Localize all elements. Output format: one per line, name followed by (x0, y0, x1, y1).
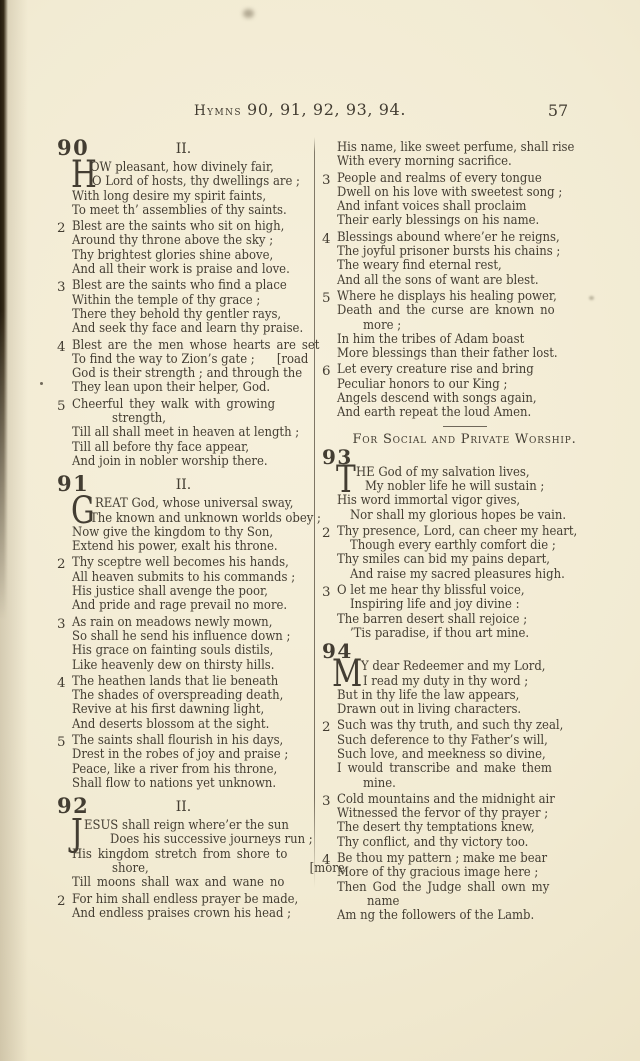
verse-number: 4 (322, 232, 331, 247)
verse-text: OW pleasant, how divinely fair, (90, 160, 274, 175)
column-right: His name, like sweet perfume, shall rise… (322, 139, 607, 924)
verse-line: Blest are the men whose hearts are set (72, 339, 310, 353)
verse-text: The known and unknown worlds obey ; (90, 511, 321, 526)
verse-line: Blest are the saints who sit on high, (72, 220, 310, 234)
verse-number: 3 (322, 794, 331, 809)
verse-line: Dwell on his love with sweetest song ; (337, 186, 607, 200)
verse-text: And join in nobler worship there. (72, 454, 268, 469)
verse-text: Angels descend with songs again, (337, 391, 537, 406)
verse-text: And earth repeat the loud Amen. (337, 405, 531, 420)
verse-text: More of thy gracious image here ; (337, 865, 538, 880)
verse-text: With long desire my spirit faints, (72, 189, 266, 204)
verse-line: Till all before thy face appear, (72, 441, 310, 455)
verse-line: name (337, 895, 637, 909)
verse-line: Then God the Judge shall own my (337, 881, 607, 895)
verse-text: Though every earthly comfort die ; (350, 538, 556, 553)
verse-text: Now give the kingdom to thy Son, (72, 525, 273, 540)
verse: 6Let every creature rise and bringPeculi… (322, 363, 607, 420)
hymn-heading: 92II. (57, 795, 310, 817)
verse-text: Thy smiles can bid my pains depart, (337, 552, 550, 567)
ink-speck (40, 382, 43, 385)
verse-line: The known and unknown worlds obey ; (72, 512, 328, 526)
verse-line: Cheerful they walk with growing (72, 398, 310, 412)
verse-text: More blessings than their father lost. (337, 346, 558, 361)
verse-line: Drest in the robes of joy and praise ; (72, 748, 310, 762)
verse-text: People and realms of every tongue (337, 171, 542, 186)
verse: 5Where he displays his healing power,Dea… (322, 290, 607, 361)
verse-line: And pride and rage prevail no more. (72, 599, 310, 613)
verse: 4Blessings abound where’er he reigns,The… (322, 231, 607, 288)
verse-text: Till all shall meet in heaven at length … (72, 425, 299, 440)
verse-line: Blest are the saints who find a place (72, 279, 310, 293)
verse: 2Thy sceptre well becomes his hands,All … (57, 556, 310, 613)
verse-text: Thy sceptre well becomes his hands, (72, 555, 289, 570)
verse-line: The barren desert shall rejoice ; (337, 613, 607, 627)
verse-line: People and realms of every tongue (337, 172, 607, 186)
verse-line: His kingdom stretch from shore to (72, 848, 310, 862)
verse: 4Be thou my pattern ; make me bearMore o… (322, 852, 607, 923)
verse: 3Cold mountains and the midnight airWitn… (322, 793, 607, 850)
verse-line: And seek thy face and learn thy praise. (72, 322, 310, 336)
verse-line: And infant voices shall proclaim (337, 200, 607, 214)
column-left: 90II.HOW pleasant, how divinely fair,O L… (57, 133, 310, 921)
verse-text: mine. (363, 776, 396, 791)
verse-text: Blest are the saints who find a place (72, 278, 287, 293)
verse-line: Y dear Redeemer and my Lord, (337, 660, 631, 674)
verse-line: Extend his power, exalt his throne. (72, 540, 310, 554)
verse-line: Let every creature rise and bring (337, 363, 607, 377)
hymn-heading: 94 (322, 643, 607, 658)
verse-text: To meet th’ assemblies of thy saints. (72, 203, 287, 218)
verse-text: Revive at his first dawning light, (72, 702, 264, 717)
verse-line: REAT God, whose universal sway, (72, 497, 333, 511)
verse-number: 2 (322, 526, 331, 541)
verse-text: Cold mountains and the midnight air (337, 792, 555, 807)
verse-text: For him shall endless prayer be made, (72, 892, 298, 907)
verse-text: Till all before thy face appear, (72, 440, 249, 455)
verse-line: His name, like sweet perfume, shall rise (337, 141, 607, 155)
verse-line: ’Tis paradise, if thou art mine. (337, 627, 620, 641)
verse-line: Am ng the followers of the Lamb. (337, 909, 607, 923)
header-hymns-label: Hymns (194, 103, 242, 119)
verse-line: Now give the kingdom to thy Son, (72, 526, 310, 540)
verse-text: And infant voices shall proclaim (337, 199, 526, 214)
verse-text: And all their work is praise and love. (72, 262, 290, 277)
verse-line: O Lord of hosts, thy dwellings are ; (72, 175, 330, 189)
verse-text: Like heavenly dew on thirsty hills. (72, 658, 274, 673)
verse-line: Peace, like a river from his throne, (72, 763, 310, 777)
verse-text: more ; (363, 318, 401, 333)
verse-line: And all their work is praise and love. (72, 263, 310, 277)
verse-text: I would transcribe and make them (337, 761, 552, 776)
verse-number: 6 (322, 364, 331, 379)
verse-number: 4 (57, 340, 66, 355)
verse-line: There they behold thy gentler rays, (72, 308, 310, 322)
verse-line: His justice shall avenge the poor, (72, 585, 310, 599)
verse: 4The heathen lands that lie beneathThe s… (57, 675, 310, 732)
verse-text: ESUS shall reign where’er the sun (84, 818, 289, 833)
verse-number: 3 (57, 280, 66, 295)
verse-text: Shall flow to nations yet unknown. (72, 776, 276, 791)
verse-line: The joyful prisoner bursts his chains ; (337, 245, 607, 259)
verse-line: The shades of overspreading death, (72, 689, 310, 703)
verse-text: With every morning sacrifice. (337, 154, 512, 169)
verse-line: And endless praises crown his head ; (72, 907, 310, 921)
hymn-heading: 91II. (57, 473, 310, 495)
verse-line: I would transcribe and make them (337, 762, 607, 776)
verse-line: Death and the curse are known no (337, 304, 607, 318)
verse-line: Till moons shall wax and wane no (72, 876, 310, 890)
verse-line: For him shall endless prayer be made, (72, 893, 310, 907)
hymn-heading: 93 (322, 449, 607, 464)
verse-line: HE God of my salvation lives, (337, 466, 626, 480)
verse: JESUS shall reign where’er the sunDoes h… (57, 819, 310, 890)
verse-line: Peculiar honors to our King ; (337, 378, 607, 392)
verse-text: The weary find eternal rest, (337, 258, 502, 273)
verse: HOW pleasant, how divinely fair,O Lord o… (57, 161, 310, 218)
verse-text: Within the temple of thy grace ; (72, 293, 260, 308)
verse-line: God is their strength ; and through the (72, 367, 310, 381)
verse-line: And join in nobler worship there. (72, 455, 310, 469)
verse: 5The saints shall flourish in his days,D… (57, 734, 310, 791)
page-curve-shadow (0, 0, 28, 1061)
verse-text: Such was thy truth, and such thy zeal, (337, 718, 563, 733)
verse-number: 4 (322, 853, 331, 868)
verse-line: They lean upon their helper, God. (72, 381, 310, 395)
verse-text: ’Tis paradise, if thou art mine. (350, 626, 529, 641)
verse-text: Drawn out in living characters. (337, 702, 521, 717)
verse-text: strength, (112, 411, 166, 426)
catchword: [road (277, 353, 309, 367)
verse-line: To find the way to Zion’s gate ;[road (72, 353, 310, 367)
verse-text: And deserts blossom at the sight. (72, 717, 269, 732)
verse-text: His name, like sweet perfume, shall rise (337, 140, 574, 155)
verse-text: God is their strength ; and through the (72, 366, 302, 381)
verse-line: Thy smiles can bid my pains depart, (337, 553, 607, 567)
verse-text: Blessings abound where’er he reigns, (337, 230, 560, 245)
verse-line: Be thou my pattern ; make me bear (337, 852, 607, 866)
verse-line: As rain on meadows newly mown, (72, 616, 310, 630)
verse-text: Peculiar honors to our King ; (337, 377, 507, 392)
verse-text: Around thy throne above the sky ; (72, 233, 273, 248)
verse-line: All heaven submits to his commands ; (72, 571, 310, 585)
verse-line: Around thy throne above the sky ; (72, 234, 310, 248)
verse-line: Nor shall my glorious hopes be vain. (337, 509, 620, 523)
verse-number: 2 (57, 894, 66, 909)
verse-line: Though every earthly comfort die ; (337, 539, 620, 553)
verse-line: strength, (72, 412, 350, 426)
verse-line: O let me hear thy blissful voice, (337, 584, 607, 598)
verse-text: O let me hear thy blissful voice, (337, 583, 525, 598)
verse-text: Thy presence, Lord, can cheer my heart, (337, 524, 577, 539)
verse-line: Such was thy truth, and such thy zeal, (337, 719, 607, 733)
verse-line: To meet th’ assemblies of thy saints. (72, 204, 310, 218)
verse-line: And all the sons of want are blest. (337, 274, 607, 288)
verse-text: Peace, like a river from his throne, (72, 762, 277, 777)
verse-number: 4 (57, 676, 66, 691)
verse-line: The weary find eternal rest, (337, 259, 607, 273)
verse: 3As rain on meadows newly mown,So shall … (57, 616, 310, 673)
verse-text: Blest are the saints who sit on high, (72, 219, 284, 234)
verse-text: Till moons shall wax and wane no (72, 875, 284, 890)
verse-number: 2 (322, 720, 331, 735)
verse-line: Thy conflict, and thy victory too. (337, 836, 607, 850)
verse-text: The desert thy temptations knew, (337, 820, 535, 835)
hymn-meter: II. (57, 477, 310, 493)
verse: 2Such was thy truth, and such thy zeal,S… (322, 719, 607, 790)
verse-line: mine. (337, 777, 633, 791)
verse-text: There they behold thy gentler rays, (72, 307, 281, 322)
verse-line: My nobler life he will sustain ; (337, 480, 635, 494)
verse: 3Blest are the saints who find a placeWi… (57, 279, 310, 336)
verse-line: Such love, and meekness so divine, (337, 748, 607, 762)
verse-line: With every morning sacrifice. (337, 155, 607, 169)
verse-text: And pride and rage prevail no more. (72, 598, 287, 613)
verse: 3O let me hear thy blissful voice,Inspir… (322, 584, 607, 641)
verse-text: Does his successive journeys run ; (110, 832, 313, 847)
verse-text: Am ng the followers of the Lamb. (337, 908, 534, 923)
verse-text: O Lord of hosts, thy dwellings are ; (92, 174, 300, 189)
verse-line: Like heavenly dew on thirsty hills. (72, 659, 310, 673)
verse-line: Shall flow to nations yet unknown. (72, 777, 310, 791)
verse-text: His kingdom stretch from shore to (72, 847, 287, 862)
verse-line: His word immortal vigor gives, (337, 494, 607, 508)
verse: 5Cheerful they walk with growingstrength… (57, 398, 310, 469)
verse-text: Death and the curse are known no (337, 303, 555, 318)
verse-text: Dwell on his love with sweetest song ; (337, 185, 562, 200)
verse-line: Does his successive journeys run ; (72, 833, 348, 847)
verse-text: Such love, and meekness so divine, (337, 747, 546, 762)
verse-text: Then God the Judge shall own my (337, 880, 549, 895)
verse-text: His word immortal vigor gives, (337, 493, 520, 508)
verse-text: HE God of my salvation lives, (356, 465, 530, 480)
verse-text: Drest in the robes of joy and praise ; (72, 747, 288, 762)
verse-text: The barren desert shall rejoice ; (337, 612, 527, 627)
section-heading: For Social and Private Worship. (322, 433, 607, 447)
verse-text: I read my duty in thy word ; (363, 674, 528, 689)
verse-line: more ; (337, 319, 633, 333)
verse-line: Thy sceptre well becomes his hands, (72, 556, 310, 570)
verse-line: So shall he send his influence down ; (72, 630, 310, 644)
verse-text: And raise my sacred pleasures high. (350, 567, 565, 582)
verse-line: Witnessed the fervor of thy prayer ; (337, 807, 607, 821)
verse-line: The heathen lands that lie beneath (72, 675, 310, 689)
verse-text: Thy brightest glories shine above, (72, 248, 273, 263)
verse-text: Be thou my pattern ; make me bear (337, 851, 547, 866)
verse-line: Within the temple of thy grace ; (72, 294, 310, 308)
verse-text: Their early blessings on his name. (337, 213, 539, 228)
verse-line: More of thy gracious image here ; (337, 866, 607, 880)
verse-text: REAT God, whose universal sway, (95, 496, 294, 511)
verse-number: 5 (57, 735, 66, 750)
page-number: 57 (538, 101, 578, 120)
verse-line: I read my duty in thy word ; (337, 675, 633, 689)
verse-line: And raise my sacred pleasures high. (337, 568, 620, 582)
verse-text: And all the sons of want are blest. (337, 273, 539, 288)
verse-line: Thy presence, Lord, can cheer my heart, (337, 525, 607, 539)
verse-line: And deserts blossom at the sight. (72, 718, 310, 732)
verse-text: Let every creature rise and bring (337, 362, 534, 377)
verse-line: Revive at his first dawning light, (72, 703, 310, 717)
verse-text: Such deference to thy Father’s will, (337, 733, 548, 748)
verse-text: And endless praises crown his head ; (72, 906, 291, 921)
verse: 2Blest are the saints who sit on high,Ar… (57, 220, 310, 277)
verse-text: Cheerful they walk with growing (72, 397, 275, 412)
verse-text: But in thy life the law appears, (337, 688, 519, 703)
verse-text: The shades of overspreading death, (72, 688, 283, 703)
verse-text: Thy conflict, and thy victory too. (337, 835, 528, 850)
verse-line: His grace on fainting souls distils, (72, 644, 310, 658)
verse: 4Blest are the men whose hearts are setT… (57, 339, 310, 396)
verse-line: With long desire my spirit faints, (72, 190, 310, 204)
verse-line: Thy brightest glories shine above, (72, 249, 310, 263)
section-divider-rule (443, 426, 487, 427)
verse-text: All heaven submits to his commands ; (72, 570, 295, 585)
verse: MY dear Redeemer and my Lord,I read my d… (322, 660, 607, 717)
verse-text: Y dear Redeemer and my Lord, (361, 659, 546, 674)
header-hymn-numbers: 90, 91, 92, 93, 94. (247, 100, 406, 119)
verse-line: shore,[more. (72, 862, 350, 876)
verse-text: The joyful prisoner bursts his chains ; (337, 244, 560, 259)
verse-number: 5 (322, 291, 331, 306)
verse-text: Extend his power, exalt his throne. (72, 539, 278, 554)
verse-text: So shall he send his influence down ; (72, 629, 290, 644)
verse-number: 2 (57, 221, 66, 236)
verse-line: In him the tribes of Adam boast (337, 333, 607, 347)
verse-line: Till all shall meet in heaven at length … (72, 426, 310, 440)
verse-text: They lean upon their helper, God. (72, 380, 270, 395)
verse: 2Thy presence, Lord, can cheer my heart,… (322, 525, 607, 582)
verse-number: 3 (322, 173, 331, 188)
verse-number: 5 (57, 399, 66, 414)
verse: 2For him shall endless prayer be made,An… (57, 893, 310, 922)
running-header: Hymns 90, 91, 92, 93, 94. (130, 100, 470, 119)
verse-number: 3 (57, 617, 66, 632)
verse-line: Angels descend with songs again, (337, 392, 607, 406)
verse-text: His grace on fainting souls distils, (72, 643, 273, 658)
verse: THE God of my salvation lives,My nobler … (322, 466, 607, 523)
verse-line: The desert thy temptations knew, (337, 821, 607, 835)
verse-line: More blessings than their father lost. (337, 347, 607, 361)
verse-text: name (367, 894, 399, 909)
verse-text: As rain on meadows newly mown, (72, 615, 272, 630)
verse-line: And earth repeat the loud Amen. (337, 406, 607, 420)
verse: 3People and realms of every tongueDwell … (322, 172, 607, 229)
verse-line: OW pleasant, how divinely fair, (72, 161, 328, 175)
verse-line: Blessings abound where’er he reigns, (337, 231, 607, 245)
verse: His name, like sweet perfume, shall rise… (322, 141, 607, 170)
verse-line: Inspiring life and joy divine : (337, 598, 620, 612)
ink-smudge (243, 9, 254, 18)
verse-text: To find the way to Zion’s gate ; (72, 352, 255, 367)
verse-line: Such deference to thy Father’s will, (337, 734, 607, 748)
verse-line: Where he displays his healing power, (337, 290, 607, 304)
verse-text: And seek thy face and learn thy praise. (72, 321, 303, 336)
verse-number: 3 (322, 585, 331, 600)
verse-text: His justice shall avenge the poor, (72, 584, 268, 599)
verse-text: The heathen lands that lie beneath (72, 674, 278, 689)
verse-text: In him the tribes of Adam boast (337, 332, 524, 347)
verse: GREAT God, whose universal sway,The know… (57, 497, 310, 554)
verse-text: Witnessed the fervor of thy prayer ; (337, 806, 548, 821)
verse-text: shore, (112, 861, 149, 876)
verse-line: Cold mountains and the midnight air (337, 793, 607, 807)
verse-text: My nobler life he will sustain ; (365, 479, 544, 494)
verse-line: ESUS shall reign where’er the sun (72, 819, 322, 833)
verse-text: Where he displays his healing power, (337, 289, 557, 304)
verse-text: Blest are the men whose hearts are set (72, 338, 319, 353)
verse-text: Nor shall my glorious hopes be vain. (350, 508, 566, 523)
verse-line: Their early blessings on his name. (337, 214, 607, 228)
hymn-meter: II. (57, 799, 310, 815)
verse-text: Inspiring life and joy divine : (350, 597, 520, 612)
verse-line: Drawn out in living characters. (337, 703, 607, 717)
verse-line: The saints shall flourish in his days, (72, 734, 310, 748)
verse-line: But in thy life the law appears, (337, 689, 607, 703)
verse-text: The saints shall flourish in his days, (72, 733, 283, 748)
verse-number: 2 (57, 557, 66, 572)
